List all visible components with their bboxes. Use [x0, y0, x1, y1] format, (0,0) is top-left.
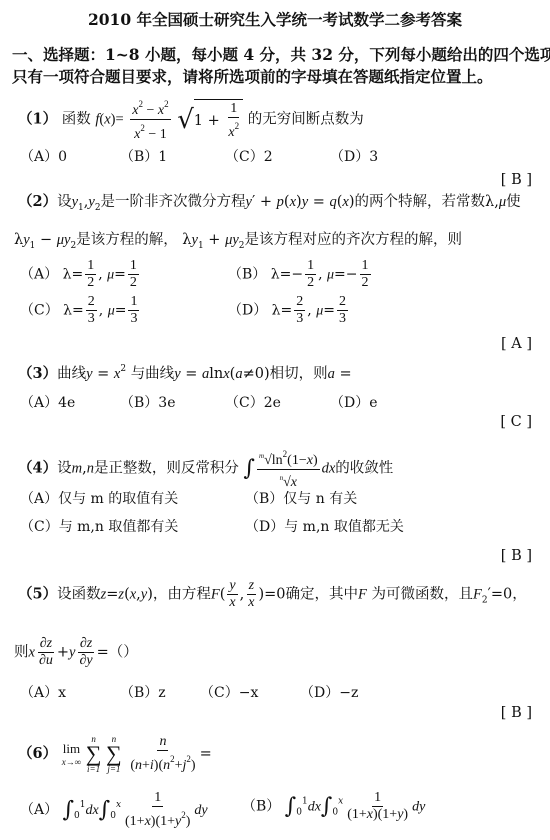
question-text: （）: [109, 645, 138, 661]
question-text: ，: [512, 587, 527, 603]
answer-badge: [ C ]: [500, 414, 532, 430]
question-text: 曲线: [57, 366, 86, 382]
question-text: 为可微函数，且: [371, 587, 473, 603]
question-text: 确定，其中: [286, 587, 359, 603]
option-b: （B）z: [120, 682, 166, 702]
question-5: （5）设函数z=z(x,y)，由方程F(yx,zx)=0确定，其中F 为可微函数…: [18, 578, 527, 611]
fraction: x2 − x2x2 − 1: [130, 96, 170, 143]
question-number: （4）: [18, 460, 57, 477]
question-text: 设函数: [57, 587, 101, 603]
option-b: （B） λ=−12, μ=−12: [228, 258, 373, 291]
question-text: 函数: [62, 112, 91, 128]
option-c: （C） λ=23, μ=13: [20, 294, 141, 327]
option-c: （C）2: [225, 146, 273, 166]
question-number: （2）: [18, 193, 57, 210]
question-text: 设: [57, 194, 72, 210]
section-heading-line2: 只有一项符合题目要求，请将所选项前的字母填在答题纸指定位置上。: [12, 66, 493, 88]
option-a: （A）0: [20, 146, 67, 166]
option-d: （D）−z: [300, 682, 358, 702]
question-text: 是正整数，则反常积分: [94, 461, 239, 477]
page-title: 2010 年全国硕士研究生入学统一考试数学二参考答案: [0, 8, 550, 30]
question-text: 设: [57, 461, 72, 477]
sqrt: √1 + 1x2: [177, 99, 243, 141]
answer-badge: [ B ]: [501, 172, 532, 188]
option-c: （C）2e: [225, 392, 281, 412]
question-number: （6）: [18, 745, 57, 762]
question-2: （2）设y1,y2是一阶非齐次微分方程y′ + p(x)y = q(x)的两个特…: [18, 190, 521, 213]
question-text: 是该方程对应的齐次方程的解，则: [245, 232, 463, 248]
question-number: （1）: [18, 111, 57, 128]
option-c: （C）与 m,n 取值都有关: [20, 516, 178, 536]
option-b: （B） ∫01dx∫0x1(1+x)(1+y)dy: [242, 790, 425, 823]
option-c: （C）−x: [200, 682, 258, 702]
question-text: 的收敛性: [335, 461, 393, 477]
question-text: 是一阶非齐次微分方程: [101, 194, 246, 210]
question-text: ，由方程: [153, 587, 211, 603]
answer-badge: [ A ]: [501, 336, 532, 352]
question-3: （3）曲线y = x2 与曲线y = alnx(a≠0)相切，则a =: [18, 362, 352, 383]
option-d: （D） λ=23, μ=23: [228, 294, 350, 327]
question-text: 使: [506, 194, 521, 210]
question-6: （6） limx→∞ n∑i=1 n∑j=1 n(n+i)(n2+j2)=: [18, 734, 212, 774]
question-number: （5）: [18, 586, 57, 603]
question-text: 相切，则: [270, 366, 328, 382]
section-heading-line1: 一、选择题：1~8 小题，每小题 4 分，共 32 分，下列每小题给出的四个选项…: [12, 44, 550, 66]
option-d: （D）3: [330, 146, 378, 166]
question-5-line2: 则x∂z∂u+y∂z∂y=（）: [14, 636, 138, 669]
option-a: （A） λ=12, μ=12: [20, 258, 141, 291]
option-a: （A）仅与 m 的取值有关: [20, 488, 178, 508]
option-a: （A）4e: [20, 392, 75, 412]
question-2-line2: λy1 − μy2是该方程的解， λy1 + μy2是该方程对应的齐次方程的解，…: [14, 228, 462, 251]
question-text: 与曲线: [131, 366, 175, 382]
question-text: 是该方程的解，: [76, 232, 178, 248]
answer-badge: [ B ]: [501, 548, 532, 564]
question-4: （4）设m,n是正整数，则反常积分 ∫m√ln2(1−x)n√xdx的收敛性: [18, 446, 393, 491]
option-b: （B）1: [120, 146, 167, 166]
option-d: （D）e: [330, 392, 378, 412]
question-number: （3）: [18, 365, 57, 382]
option-a: （A） ∫01dx∫0x1(1+x)(1+y2)dy: [20, 790, 208, 830]
question-text: 的两个特解，若常数: [355, 194, 486, 210]
option-a: （A）x: [20, 682, 66, 702]
option-d: （D）与 m,n 取值都无关: [245, 516, 404, 536]
answer-badge: [ B ]: [501, 705, 532, 721]
option-b: （B）仅与 n 有关: [245, 488, 357, 508]
question-text: 的无穷间断点数为: [248, 112, 364, 128]
question-text: 则: [14, 645, 29, 661]
option-b: （B）3e: [120, 392, 175, 412]
question-1: （1） 函数 f(x)= x2 − x2x2 − 1 √1 + 1x2 的无穷间…: [18, 96, 364, 143]
